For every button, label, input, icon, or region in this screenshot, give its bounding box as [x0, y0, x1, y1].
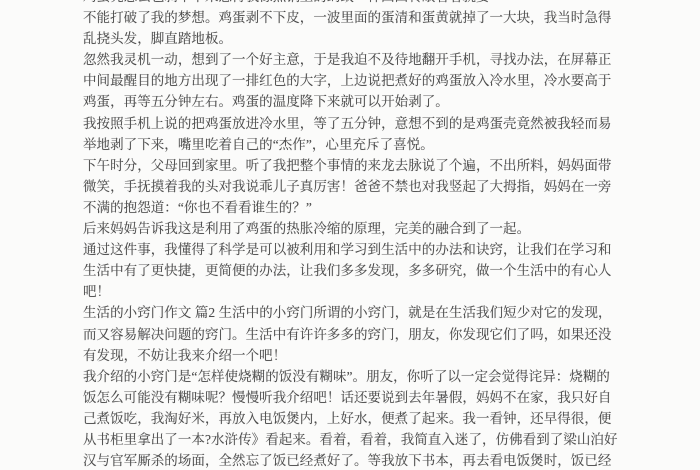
text-line: 而又容易解决问题的窍门。生活中有许许多多的窍门，朋友，你发现它们了吗，如果还没 [83, 324, 615, 345]
text-line: 饭怎么可能没有糊味呢？慢慢听我介绍吧！话还要说到去年暑假，妈妈不在家，我只好自 [83, 387, 615, 408]
text-line: 不能打破了我的梦想。鸡蛋剥不下皮，一波里面的蛋清和蛋黄就掉了一大块，我当时急得 [83, 7, 615, 28]
text-line: 通过这件事，我懂得了科学是可以被利用和学习到生活中的办法和诀窍，让我们在学习和 [83, 239, 615, 260]
text-line: 吧！ [83, 281, 615, 302]
text-line: 己煮饭吃，我淘好米，再放入电饭煲内，上好水，便煮了起来。我一看钟，还早得很，便 [83, 408, 615, 429]
text-line: 我介绍的小窍门是“怎样使烧糊的饭没有糊味”。朋友，你听了以一定会觉得诧异：烧糊的 [83, 366, 615, 387]
document-page: 鸡蛋壳怎么也剥不下来急得我像热锅上的蚂蚁一样团团转眼看着就要 不能打破了我的梦想… [83, 0, 615, 470]
text-line: 不满的抱怨道：“你也不看看谁生的？” [83, 197, 615, 218]
text-line: 汉与官军厮杀的场面，全然忘了饭已经煮好了。等我放下书本，再去看电饭煲时，饭已经 [83, 450, 615, 470]
text-line-essay2-heading: 生活的小窍门作文 篇2 生活中的小窍门所谓的小窍门，就是在生活我们短少对它的发现… [83, 302, 615, 323]
text-line: 忽然我灵机一动，想到了一个好主意，于是我迫不及待地翻开手机，寻找办法，在屏幕正 [83, 49, 615, 70]
text-line: 鸡蛋，再等五分钟左右。鸡蛋的温度降下来就可以开始剥了。 [83, 91, 615, 112]
text-line: 下午时分，父母回到家里。听了我把整个事情的来龙去脉说了个遍，不出所料，妈妈面带 [83, 155, 615, 176]
text-line: 有发现，不妨让我来介绍一个吧！ [83, 345, 615, 366]
text-line: 举地剥了下来，嘴里吃着自己的“杰作”，心里充斥了喜悦。 [83, 134, 615, 155]
text-line: 乱挠头发，脚直踏地板。 [83, 28, 615, 49]
text-line: 后来妈妈告诉我这是利用了鸡蛋的热胀冷缩的原理，完美的融合到了一起。 [83, 218, 615, 239]
text-line: 从书柜里拿出了一本?水浒传》看起来。看着，看着，我简直入迷了，仿佛看到了梁山泊好 [83, 429, 615, 450]
text-line: 中间最醒目的地方出现了一排红色的大字，上边说把煮好的鸡蛋放入冷水里，冷水要高于 [83, 70, 615, 91]
text-line: 微笑，手抚摸着我的头对我说乖儿子真厉害！爸爸不禁也对我竖起了大拇指，妈妈在一旁 [83, 176, 615, 197]
text-line-clipped-top: 鸡蛋壳怎么也剥不下来急得我像热锅上的蚂蚁一样团团转眼看着就要 [83, 0, 615, 7]
text-line: 生活中有了更快捷，更简便的办法，让我们多多发现，多多研究，做一个生活中的有心人 [83, 260, 615, 281]
text-line: 我按照手机上说的把鸡蛋放进冷水里，等了五分钟，意想不到的是鸡蛋壳竟然被我轻而易 [83, 113, 615, 134]
